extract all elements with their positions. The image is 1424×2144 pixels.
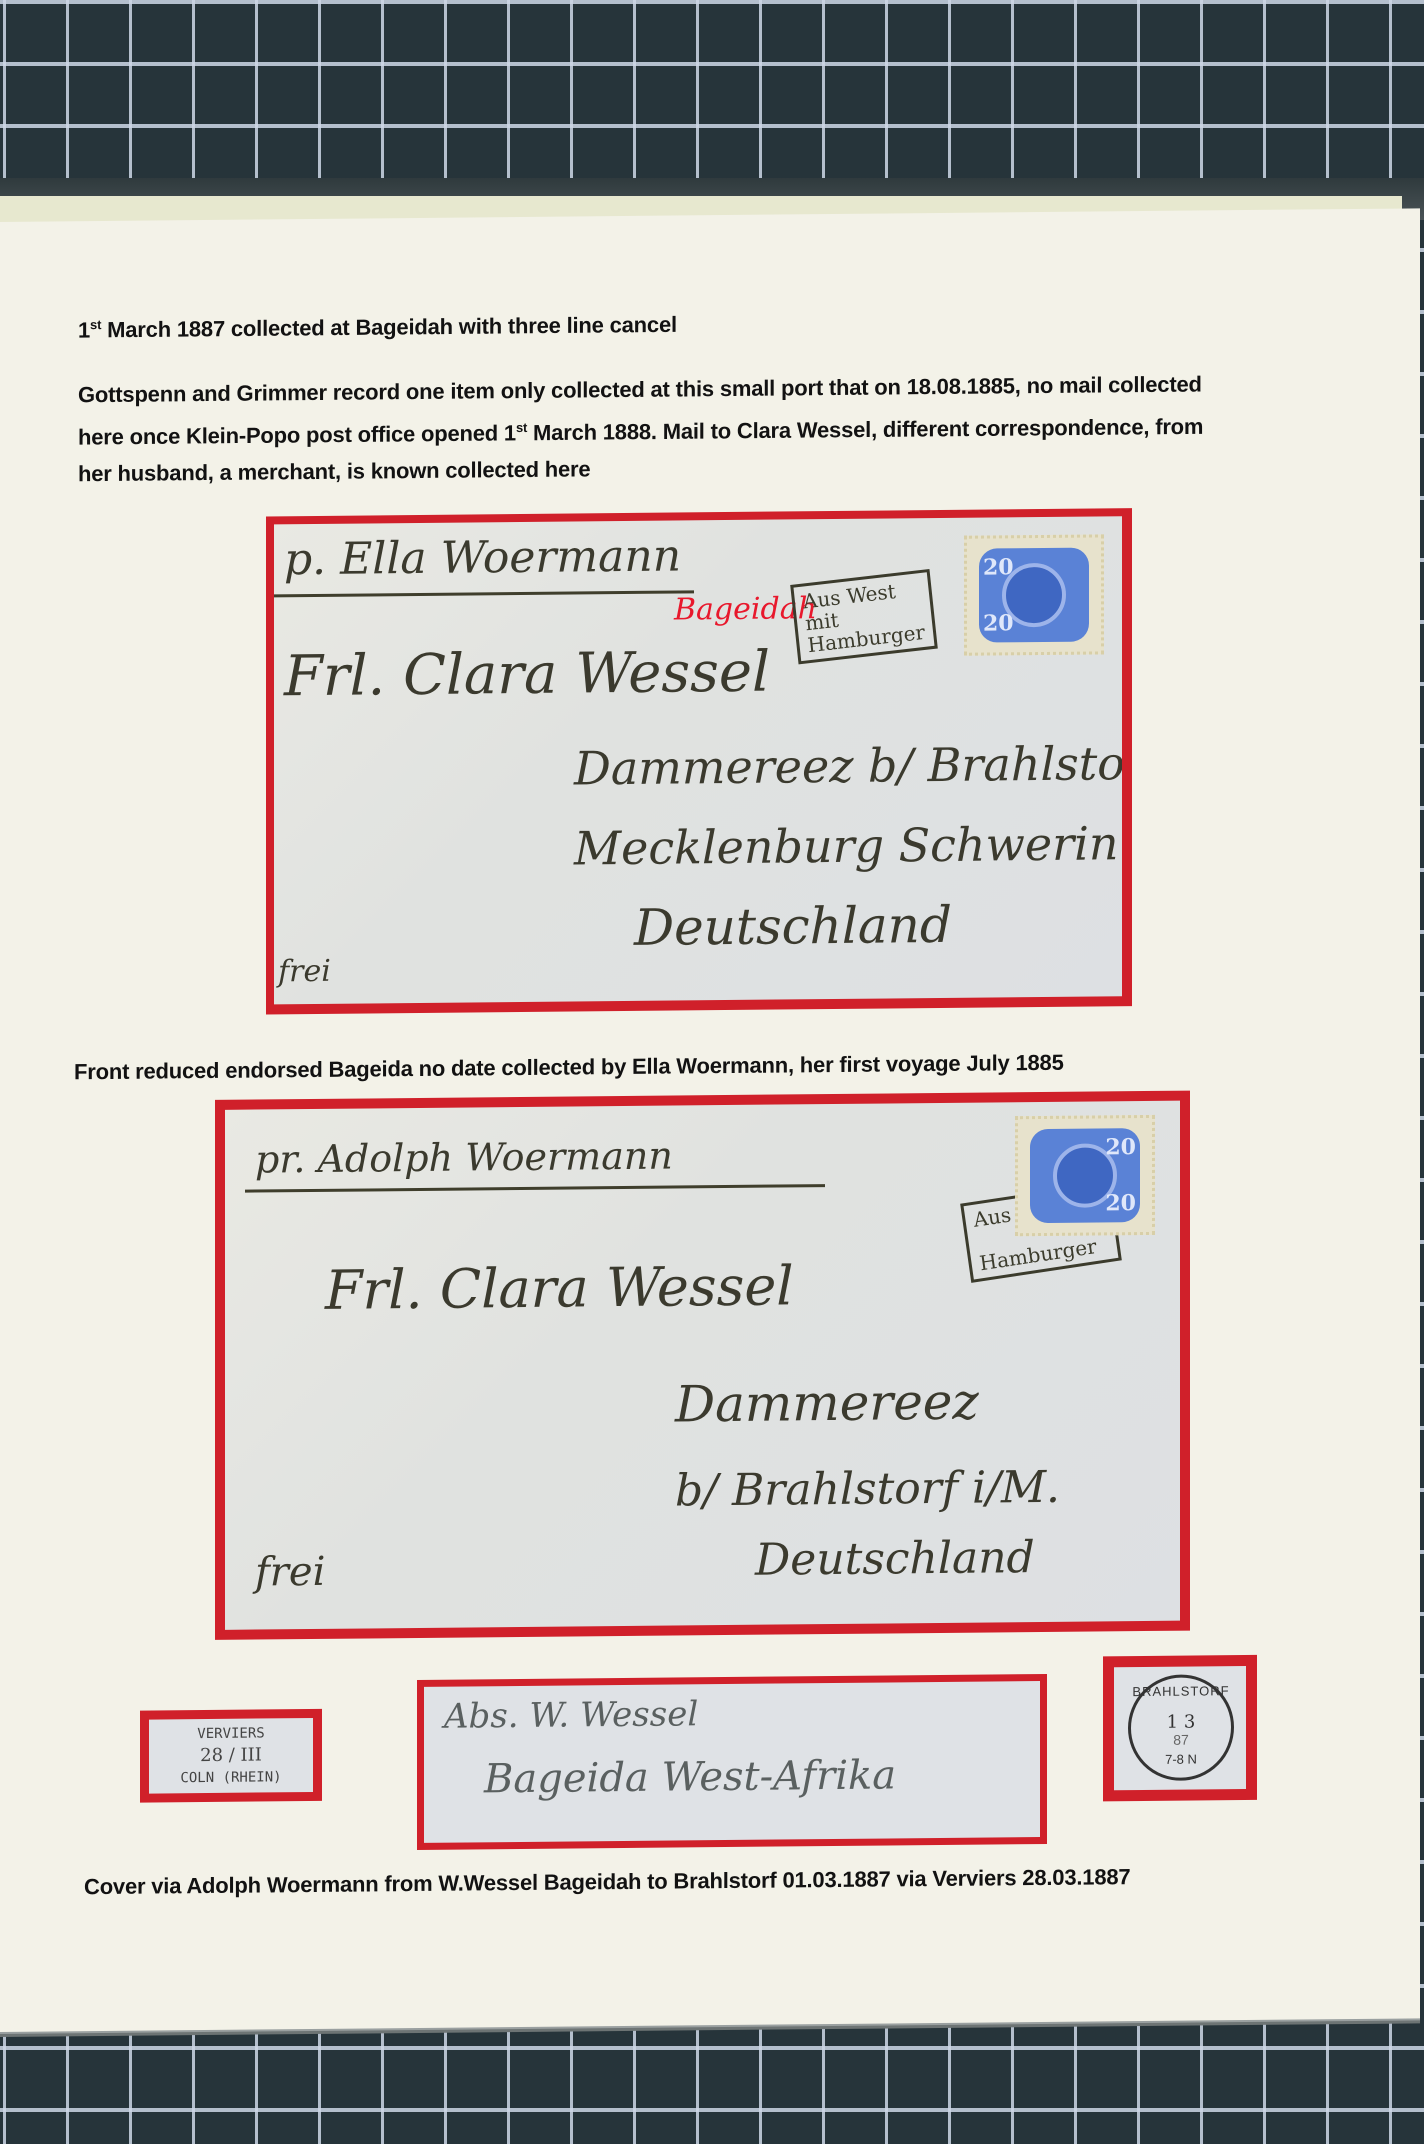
cover1-endorsement: p. Ella Woermann: [284, 530, 681, 585]
cover1-stamp: 20 20: [964, 534, 1104, 655]
sender-note-piece: Abs. W. Wessel Bageida West-Afrika: [424, 1681, 1040, 1843]
cover1-underline: [274, 590, 694, 597]
brahlstorf-piece: BRAHLSTORF 1 3 87 7-8 N: [1114, 1666, 1246, 1790]
cover1-address-line3: Deutschland: [634, 896, 952, 957]
cover1-corner-note: frei: [278, 954, 331, 990]
verviers-transit-cancel: VERVIERS 28 / III COLN (RHEIN): [149, 1718, 313, 1794]
cover2-address-line2: b/ Brahlstorf i/M.: [675, 1462, 1060, 1517]
page-heading: 1st March 1887 collected at Bageidah wit…: [78, 312, 677, 344]
cover2-mount: pr. Adolph Woermann Aus Hamburger 20 20 …: [215, 1091, 1190, 1640]
cover2-stamp: 20 20: [1015, 1115, 1155, 1236]
description-paragraph: Gottspenn and Grimmer record one item on…: [78, 364, 1368, 493]
album-page: 1st March 1887 collected at Bageidah wit…: [0, 208, 1420, 2032]
cover1: p. Ella Woermann Bageidah Aus WestmitHam…: [274, 516, 1122, 1004]
cover2-address-line3: Deutschland: [755, 1532, 1035, 1586]
cover1-mount: p. Ella Woermann Bageidah Aus WestmitHam…: [266, 508, 1132, 1014]
brahlstorf-mount: BRAHLSTORF 1 3 87 7-8 N: [1103, 1655, 1257, 1801]
cover1-address-line1: Dammereez b/ Brahlstorf: [574, 736, 1122, 796]
cover1-address-line2: Mecklenburg Schwerin: [574, 816, 1118, 875]
cover1-addressee: Frl. Clara Wessel: [284, 640, 770, 710]
sender-note-line2: Bageida West-Afrika: [484, 1752, 896, 1802]
brahlstorf-arrival-cancel: BRAHLSTORF 1 3 87 7-8 N: [1128, 1674, 1234, 1781]
cover2-address-line1: Dammereez: [675, 1373, 979, 1434]
verviers-mount: VERVIERS 28 / III COLN (RHEIN): [140, 1709, 322, 1803]
cover2-addressee: Frl. Clara Wessel: [325, 1254, 794, 1321]
middle-caption: Front reduced endorsed Bageida no date c…: [74, 1050, 1064, 1086]
sender-note-mount: Abs. W. Wessel Bageida West-Afrika: [417, 1674, 1047, 1850]
cover2-corner-note: frei: [255, 1549, 325, 1596]
cover2: pr. Adolph Woermann Aus Hamburger 20 20 …: [225, 1101, 1180, 1630]
cover2-underline: [245, 1184, 825, 1193]
cover2-endorsement: pr. Adolph Woermann: [255, 1134, 673, 1182]
sender-note-line1: Abs. W. Wessel: [444, 1694, 698, 1736]
cover1-three-line-cancel: Aus WestmitHamburger: [790, 569, 937, 664]
bottom-caption: Cover via Adolph Woermann from W.Wessel …: [84, 1864, 1130, 1900]
